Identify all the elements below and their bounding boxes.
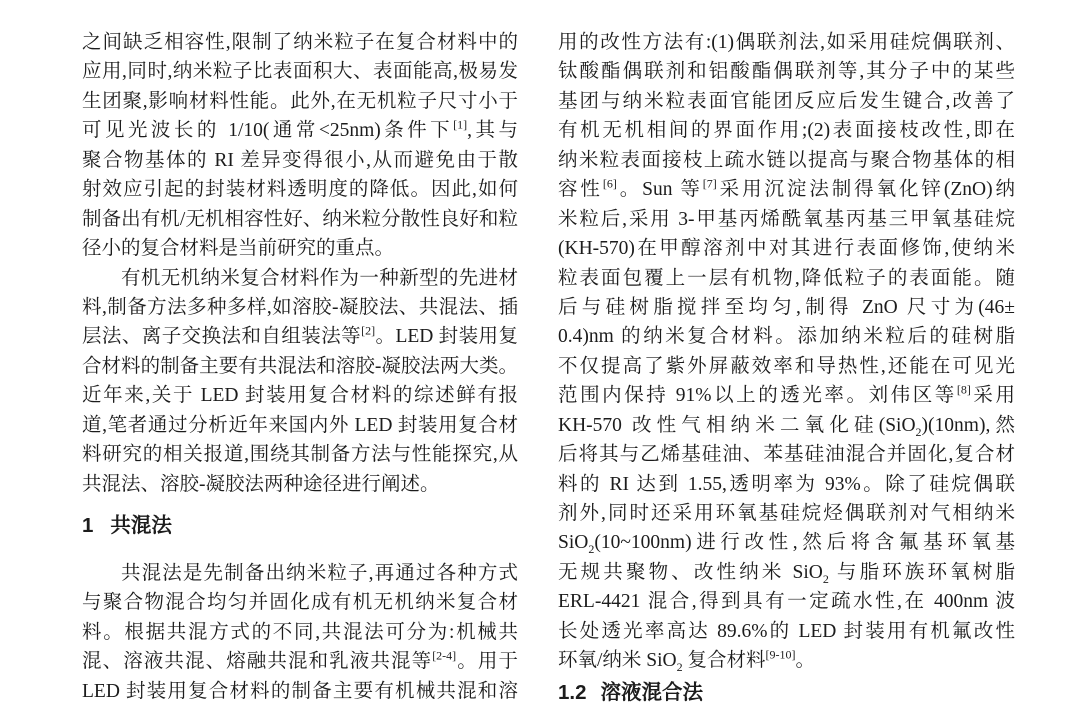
text-line: 钛酸酯偶联剂和铝酸酯偶联剂等,其分子中的某些 [558,57,1015,86]
citation-reference: [9-10] [766,648,796,662]
text-line: 料研究的相关报道,围绕其制备方法与性能探究,从 [82,440,518,469]
text-line: 应用,同时,纳米粒子比表面积大、表面能高,极易发 [82,57,518,86]
text-line: 料的 RI 达到 1.55,透明率为 93%。除了硅烷偶联 [558,470,1015,499]
text-line: 米粒后,采用 3-甲基丙烯酰氧基丙基三甲氧基硅烷 [558,205,1015,234]
chemical-subscript: 2 [677,660,683,674]
paragraph: 之间缺乏相容性,限制了纳米粒子在复合材料中的应用,同时,纳米粒子比表面积大、表面… [82,28,518,264]
text-line: ERL-4421 混合,得到具有一定疏水性,在 400nm 波 [558,587,1015,616]
paragraph: 有机无机纳米复合材料作为一种新型的先进材料,制备方法多种多样,如溶胶-凝胶法、共… [82,264,518,500]
text-line: 料,制备方法多种多样,如溶胶-凝胶法、共混法、插 [82,293,518,322]
citation-reference: [1] [453,118,467,132]
section-heading-1-2: 1.2溶液混合法 [558,678,1015,708]
text-line: 近年来,关于 LED 封装用复合材料的综述鲜有报 [82,381,518,410]
text-line: 纳米粒表面接枝上疏水链以提高与聚合物基体的相 [558,146,1015,175]
text-line: 后与硅树脂搅拌至均匀,制得 ZnO 尺寸为(46± [558,293,1015,322]
text-line: 环氧/纳米 SiO2 复合材料[9-10]。 [558,646,1015,675]
section-heading-1: 1共混法 [82,511,518,541]
chemical-subscript: 2 [823,572,829,586]
text-line: LED 封装用复合材料的制备主要有机械共混和溶 [82,677,518,706]
text-line: 剂外,同时还采用环氧基硅烷烃偶联剂对气相纳米 [558,499,1015,528]
chemical-subscript: 2 [588,542,594,556]
citation-reference: [2] [361,324,375,338]
section-title: 共混法 [110,514,172,537]
section-number: 1 [82,514,93,537]
text-line: 混、溶液共混、熔融共混和乳液共混等[2-4]。用于 [82,647,518,676]
text-line: 长处透光率高达 89.6%的 LED 封装用有机氟改性 [558,617,1015,646]
column-right: 用的改性方法有:(1)偶联剂法,如采用硅烷偶联剂、钛酸酯偶联剂和铝酸酯偶联剂等,… [558,28,1015,708]
paper-page: 之间缺乏相容性,限制了纳米粒子在复合材料中的应用,同时,纳米粒子比表面积大、表面… [0,0,1076,709]
text-line: 道,笔者通过分析近年来国内外 LED 封装用复合材 [82,411,518,440]
text-line: 有机无机纳米复合材料作为一种新型的先进材 [82,264,518,293]
text-line: 无规共聚物、改性纳米 SiO2 与脂环族环氧树脂 [558,558,1015,587]
two-column-layout: 之间缺乏相容性,限制了纳米粒子在复合材料中的应用,同时,纳米粒子比表面积大、表面… [82,28,1076,708]
text-line: 容性[6]。Sun 等[7]采用沉淀法制得氧化锌(ZnO)纳 [558,175,1015,204]
text-line: 与聚合物混合均匀并固化成有机无机纳米复合材 [82,588,518,617]
text-line: 范围内保持 91%以上的透光率。刘伟区等[8]采用 [558,381,1015,410]
text-line: 基团与纳米粒表面官能团反应后发生键合,改善了 [558,87,1015,116]
text-line: 后将其与乙烯基硅油、苯基硅油混合并固化,复合材 [558,440,1015,469]
text-line: (KH-570)在甲醇溶剂中对其进行表面修饰,使纳米 [558,234,1015,263]
column-left: 之间缺乏相容性,限制了纳米粒子在复合材料中的应用,同时,纳米粒子比表面积大、表面… [82,28,518,706]
chemical-subscript: 2 [916,425,922,439]
citation-reference: [6] [603,177,617,191]
text-line: 可见光波长的 1/10(通常<25nm)条件下[1],其与 [82,116,518,145]
section-number: 1.2 [558,681,587,704]
text-line: 共混法是先制备出纳米粒子,再通过各种方式 [82,559,518,588]
paragraph: 用的改性方法有:(1)偶联剂法,如采用硅烷偶联剂、钛酸酯偶联剂和铝酸酯偶联剂等,… [558,28,1015,676]
text-line: 生团聚,影响材料性能。此外,在无机粒子尺寸小于 [82,87,518,116]
citation-reference: [7] [703,177,717,191]
text-line: 用的改性方法有:(1)偶联剂法,如采用硅烷偶联剂、 [558,28,1015,57]
text-line: 共混法、溶胶-凝胶法两种途径进行阐述。 [82,470,518,499]
paragraph: 共混法是先制备出纳米粒子,再通过各种方式与聚合物混合均匀并固化成有机无机纳米复合… [82,559,518,706]
text-line: 不仅提高了紫外屏蔽效率和导热性,还能在可见光 [558,352,1015,381]
section-title: 溶液混合法 [601,681,704,704]
citation-reference: [8] [957,383,971,397]
text-line: 粒表面包覆上一层有机物,降低粒子的表面能。随 [558,264,1015,293]
text-line: SiO2(10~100nm)进行改性,然后将含氟基环氧基 [558,528,1015,557]
text-line: 层法、离子交换法和自组装法等[2]。LED 封装用复 [82,322,518,351]
citation-reference: [2-4] [432,649,456,663]
text-line: 径小的复合材料是当前研究的重点。 [82,234,518,263]
text-line: 有机无机相间的界面作用;(2)表面接枝改性,即在 [558,116,1015,145]
text-line: 合材料的制备主要有共混法和溶胶-凝胶法两大类。 [82,352,518,381]
text-line: 聚合物基体的 RI 差异变得很小,从而避免由于散 [82,146,518,175]
text-line: 料。根据共混方式的不同,共混法可分为:机械共 [82,618,518,647]
text-line: 射效应引起的封装材料透明度的降低。因此,如何 [82,175,518,204]
text-line: 制备出有机/无机相容性好、纳米粒分散性良好和粒 [82,205,518,234]
text-line: 0.4)nm 的纳米复合材料。添加纳米粒后的硅树脂 [558,322,1015,351]
text-line: KH-570 改性气相纳米二氧化硅(SiO2)(10nm),然 [558,411,1015,440]
text-line: 之间缺乏相容性,限制了纳米粒子在复合材料中的 [82,28,518,57]
